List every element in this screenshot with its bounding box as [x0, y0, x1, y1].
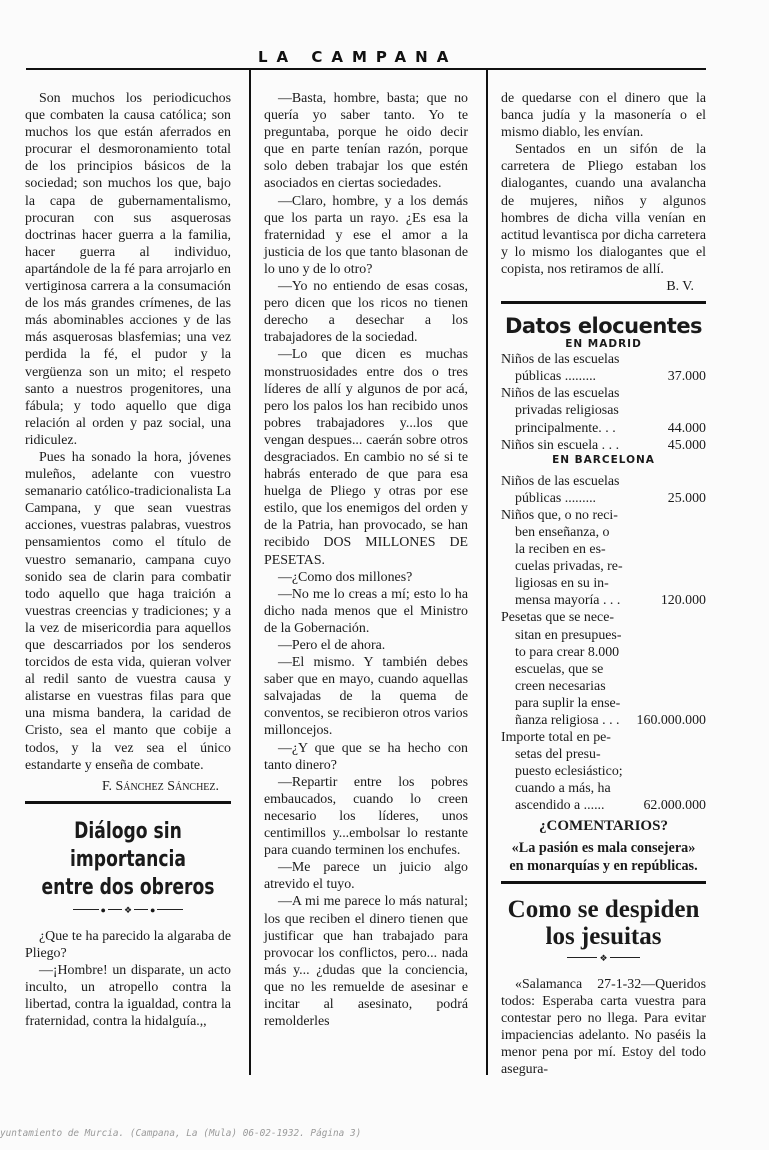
header-rule [26, 68, 706, 70]
article-jesuitas: Como se despiden los jesuitas ❖ «Salaman… [501, 896, 706, 1079]
newspaper-title: LA CAMPANA [258, 48, 457, 66]
article-title: Diálogo sin importancia entre dos obrero… [23, 818, 234, 902]
article-title: Como se despiden los jesuitas [501, 896, 706, 950]
paragraph: —¡Hombre! un disparate, un acto inculto,… [25, 962, 231, 1030]
stat-value: 160.000.000 [637, 712, 706, 729]
column-1: Son muchos los periodicuchos que combate… [25, 90, 231, 1030]
paragraph: —Lo que dicen es muchas monstruosidades … [264, 346, 468, 568]
column-2: —Basta, hombre, basta; que no quería yo … [264, 90, 468, 1030]
paragraph: —Repartir entre los pobres embaucados, c… [264, 774, 468, 859]
stat-label: Importe total en pe-setas del presu- pue… [501, 729, 643, 814]
article-separator [501, 301, 706, 304]
stat-label: Pesetas que se nece-sitan en presupues- … [501, 609, 637, 729]
stat-label: Niños que, o no reci-ben enseñanza, o la… [501, 507, 661, 610]
stat-row: Niños de las escuelasprivadas religiosas… [501, 385, 706, 436]
madrid-stats: Niños de las escuelaspúblicas .........3… [501, 351, 706, 454]
pull-quote: «La pasión es mala consejera» en monarqu… [501, 839, 706, 875]
paragraph: —Me parece un juicio algo atrevido el tu… [264, 859, 468, 893]
title-line: los jesuitas [501, 923, 706, 950]
paragraph: —Claro, hombre, y a los demás que los pa… [264, 193, 468, 278]
stat-label: Niños de las escuelaspúblicas ......... [501, 351, 668, 385]
paragraph: ¿Que te ha parecido la algaraba de Plieg… [25, 928, 231, 962]
paragraph: Pues ha sonado la hora, jóvenes muleños,… [25, 449, 231, 774]
barcelona-stats: Niños de las escuelaspúblicas .........2… [501, 473, 706, 815]
stat-value: 45.000 [668, 437, 706, 454]
paragraph: Son muchos los periodicuchos que combate… [25, 90, 231, 449]
paragraph: —A mi me parece lo más natural; los que … [264, 893, 468, 1030]
stat-row: Niños de las escuelaspúblicas .........3… [501, 351, 706, 385]
paragraph: —Basta, hombre, basta; que no quería yo … [264, 90, 468, 193]
stat-row: Niños de las escuelaspúblicas .........2… [501, 473, 706, 507]
paragraph: —Yo no entiendo de esas cosas, pero dice… [264, 278, 468, 346]
datos-elocuentes: Datos elocuentes EN MADRID Niños de las … [501, 314, 706, 874]
article-continuation: de quedarse con el dinero que la banca j… [501, 90, 706, 295]
article-dialogo: Diálogo sin importancia entre dos obrero… [25, 818, 231, 1031]
author-signature: B. V. [501, 278, 706, 295]
title-line: Como se despiden [501, 896, 706, 923]
comentarios-heading: ¿COMENTARIOS? [501, 817, 706, 835]
article-separator [25, 801, 231, 804]
ornament-divider: ●❖● [25, 906, 231, 914]
column-divider-2 [486, 70, 488, 1075]
ornament-divider: ❖ [501, 954, 706, 962]
stat-label: Niños sin escuela . . . [501, 437, 668, 454]
paragraph: —¿Y que que se ha hecho con tanto dinero… [264, 740, 468, 774]
stat-value: 62.000.000 [643, 797, 706, 814]
paragraph: —¿Como dos millones? [264, 569, 468, 586]
column-3: de quedarse con el dinero que la banca j… [501, 90, 706, 1078]
subheading-barcelona: EN BARCELONA [501, 454, 706, 467]
paragraph: —Pero el de ahora. [264, 637, 468, 654]
paragraph: —No me lo creas a mí; esto lo ha dicho n… [264, 586, 468, 637]
paragraph: —El mismo. Y también debes saber que en … [264, 654, 468, 739]
paragraph: Sentados en un sifón de la carretera de … [501, 141, 706, 278]
stat-row: Niños que, o no reci-ben enseñanza, o la… [501, 507, 706, 610]
stat-value: 37.000 [668, 368, 706, 385]
subheading-madrid: EN MADRID [501, 338, 706, 351]
paragraph: «Salamanca 27-1-32—Queridos todos: Esper… [501, 976, 706, 1079]
stat-value: 120.000 [661, 592, 706, 609]
stat-row: Importe total en pe-setas del presu- pue… [501, 729, 706, 814]
section-title: Datos elocuentes [501, 314, 706, 338]
stat-label: Niños de las escuelasprivadas religiosas… [501, 385, 668, 436]
title-line: entre dos obreros [23, 874, 234, 902]
quote-line: «La pasión es mala consejera» [501, 839, 706, 857]
quote-line: en monarquías y en repúblicas. [501, 857, 706, 875]
stat-value: 25.000 [668, 490, 706, 507]
stat-value: 44.000 [668, 420, 706, 437]
article-separator [501, 881, 706, 884]
title-line: Diálogo sin importancia [23, 818, 234, 874]
paragraph: de quedarse con el dinero que la banca j… [501, 90, 706, 141]
stat-row: Pesetas que se nece-sitan en presupues- … [501, 609, 706, 729]
stat-row: Niños sin escuela . . .45.000 [501, 437, 706, 454]
article-catholic-youth: Son muchos los periodicuchos que combate… [25, 90, 231, 795]
column-divider-1 [249, 70, 251, 1075]
author-signature: F. Sánchez Sánchez. [25, 778, 231, 795]
archive-footer: yuntamiento de Murcia. (Campana, La (Mul… [0, 1128, 361, 1139]
stat-label: Niños de las escuelaspúblicas ......... [501, 473, 668, 507]
